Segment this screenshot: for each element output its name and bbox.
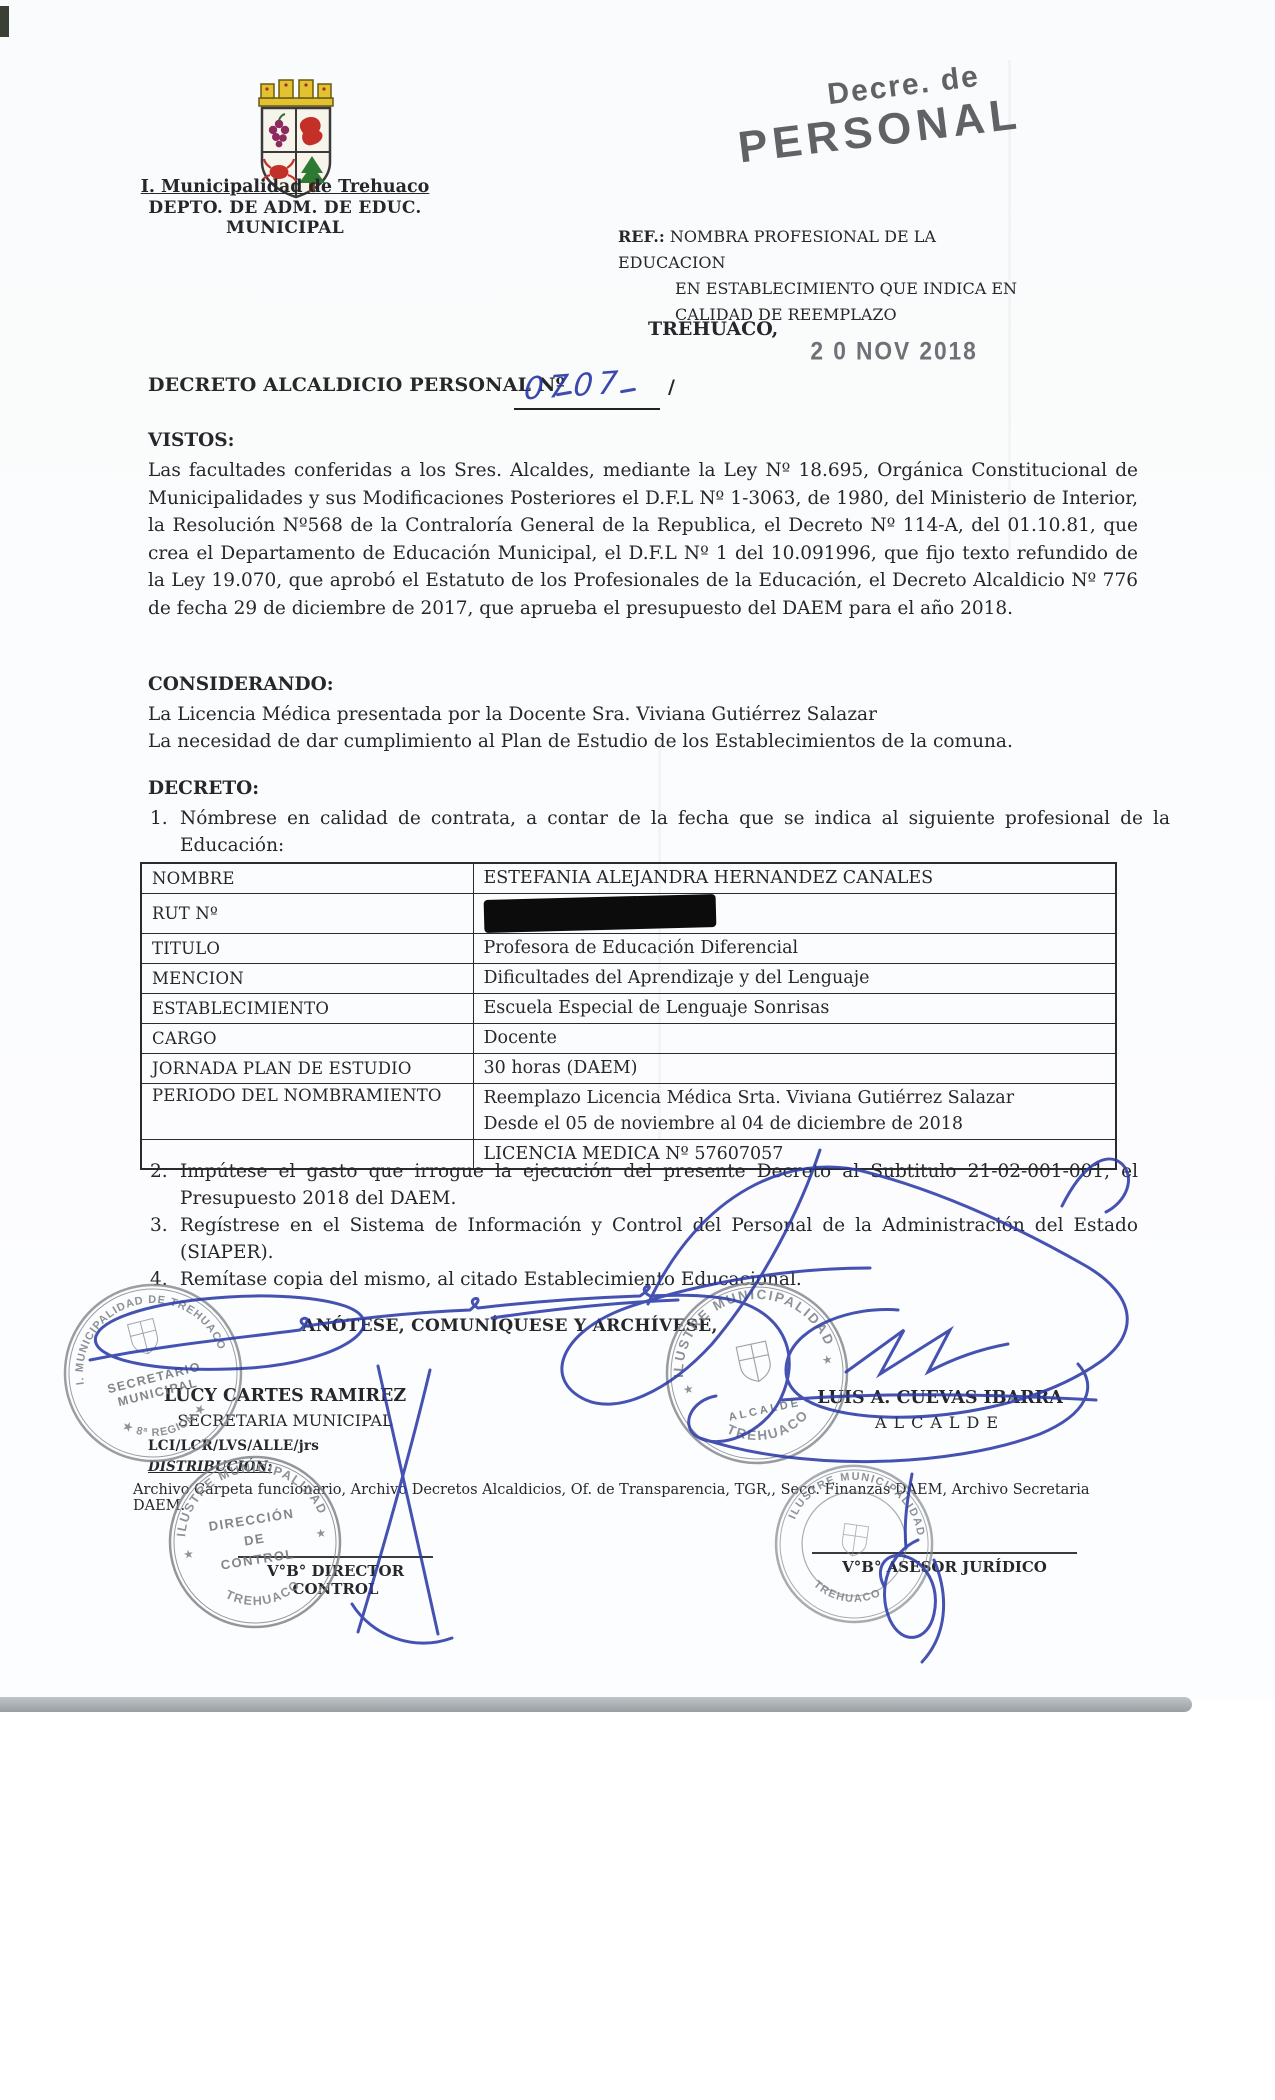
vistos-heading: VISTOS: xyxy=(148,430,234,451)
decree-number-underline xyxy=(514,408,660,410)
decreto-item-2: 2. Impútese el gasto que irrogue la ejec… xyxy=(148,1158,1138,1212)
decreto-item-4: 4. Remítase copia del mismo, al citado E… xyxy=(148,1266,1138,1293)
stamp-center-text: CONTROL xyxy=(220,1546,296,1573)
table-row: NOMBREESTEFANIA ALEJANDRA HERNANDEZ CANA… xyxy=(141,863,1116,893)
scan-bottom-edge xyxy=(0,1697,1192,1712)
svg-text:TREHUACO: TREHUACO xyxy=(222,1576,306,1614)
reference-block: REF.: NOMBRA PROFESIONAL DE LA EDUCACION… xyxy=(618,224,1048,328)
star-icon: ★ xyxy=(183,1549,194,1561)
ref-line1: NOMBRA PROFESIONAL DE LA EDUCACION xyxy=(618,227,936,272)
svg-text:ILUSTRE MUNICIPALIDAD: ILUSTRE MUNICIPALIDAD xyxy=(786,1462,934,1539)
decree-number-slash: / xyxy=(668,376,675,398)
star-icon: ★ xyxy=(822,1354,833,1367)
decree-number-label: DECRETO ALCALDICIO PERSONAL Nº xyxy=(148,374,565,396)
item-text: Impútese el gasto que irrogue la ejecuci… xyxy=(180,1161,1138,1209)
item-number: 2. xyxy=(150,1158,168,1185)
svg-text:★ 8ª REGION ★: ★ 8ª REGION ★ xyxy=(118,1400,213,1448)
item-number: 1. xyxy=(150,805,168,832)
asesor-juridico-round-stamp: ILUSTRE MUNICIPALIDAD TREHUACO xyxy=(761,1451,947,1637)
red-figure-quadrant xyxy=(300,117,323,145)
direccion-control-round-stamp: ILUSTRE MUNICIPALIDAD TREHUACO ★ ★ DIREC… xyxy=(152,1439,358,1645)
considerando-heading: CONSIDERANDO: xyxy=(148,674,334,695)
considerando-line1: La Licencia Médica presentada por la Doc… xyxy=(148,701,1148,729)
redaction-bar xyxy=(483,893,716,932)
stamp-center-text: DE xyxy=(243,1530,266,1548)
ref-line2: EN ESTABLECIMIENTO QUE INDICA EN xyxy=(618,276,1048,302)
stamp-ring-text: TREHUACO xyxy=(809,1577,884,1609)
decreto-items-2-4: 2. Impútese el gasto que irrogue la ejec… xyxy=(148,1158,1138,1293)
table-row: TITULOProfesora de Educación Diferencial xyxy=(141,933,1116,963)
stamp-ring-text: ILUSTRE MUNICIPALIDAD xyxy=(786,1462,934,1539)
scan-edge-artifact xyxy=(0,6,9,37)
table-row: PERIODO DEL NOMBRAMIENTO Reemplazo Licen… xyxy=(141,1083,1116,1139)
item-text: Regístrese en el Sistema de Información … xyxy=(180,1215,1138,1263)
stamp-shield-icon xyxy=(841,1523,869,1557)
considerando-line2: La necesidad de dar cumplimiento al Plan… xyxy=(148,728,1148,756)
table-row: CARGODocente xyxy=(141,1023,1116,1053)
table-row: RUT Nº xyxy=(141,893,1116,933)
stamp-shield-icon xyxy=(736,1341,773,1384)
stamp-shield-icon xyxy=(128,1318,161,1356)
decreto-heading: DECRETO: xyxy=(148,778,259,799)
stamp-ring-text: TREHUACO xyxy=(222,1576,306,1614)
table-row: ESTABLECIMIENTOEscuela Especial de Lengu… xyxy=(141,993,1116,1023)
stamp-center-text: DIRECCIÓN xyxy=(208,1506,296,1534)
place-line: TREHUACO, xyxy=(648,318,778,340)
svg-text:TREHUACO: TREHUACO xyxy=(809,1577,884,1609)
item-text: Nómbrese en calidad de contrata, a conta… xyxy=(180,808,1170,856)
table-row: JORNADA PLAN DE ESTUDIO30 horas (DAEM) xyxy=(141,1053,1116,1083)
star-icon: ★ xyxy=(316,1528,327,1540)
header-municipality: I. Municipalidad de Trehuaco xyxy=(130,177,440,197)
appointment-table: NOMBREESTEFANIA ALEJANDRA HERNANDEZ CANA… xyxy=(140,862,1117,1170)
ref-label: REF.: xyxy=(618,227,665,246)
vistos-body: Las facultades conferidas a los Sres. Al… xyxy=(148,457,1138,622)
decreto-item-3: 3. Regístrese en el Sistema de Informaci… xyxy=(148,1212,1138,1266)
scanned-decree-document: I. Municipalidad de Trehuaco DEPTO. DE A… xyxy=(0,0,1275,2100)
alcalde-round-stamp: ILUSTRE MUNICIPALIDAD TREHUACO ★ ★ ALCAL… xyxy=(644,1260,869,1485)
header-department: DEPTO. DE ADM. DE EDUC. MUNICIPAL xyxy=(105,198,465,238)
stamp-ring-text: ★ 8ª REGION ★ xyxy=(118,1400,213,1448)
star-icon: ★ xyxy=(683,1384,694,1397)
handwritten-decree-number: 0707 xyxy=(523,364,624,407)
decreto-item-1: 1. Nómbrese en calidad de contrata, a co… xyxy=(148,805,1170,859)
date-stamp: 2 0 NOV 2018 xyxy=(810,337,977,366)
item-number: 3. xyxy=(150,1212,168,1239)
table-row: MENCIONDificultades del Aprendizaje y de… xyxy=(141,963,1116,993)
